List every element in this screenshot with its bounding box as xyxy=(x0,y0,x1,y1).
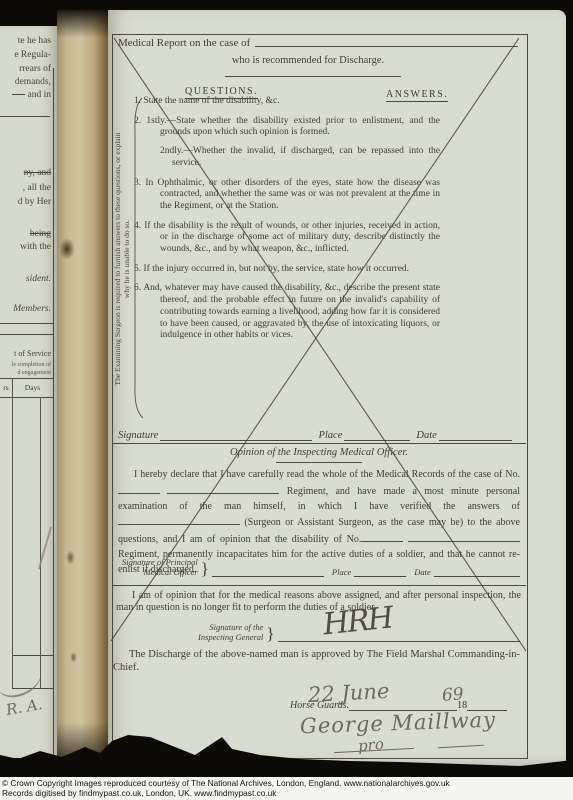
table-header-cell: Days xyxy=(13,383,52,392)
fragment-text: t of Service xyxy=(14,349,51,358)
date-blank-line xyxy=(434,564,520,577)
table-header-cell: rs xyxy=(0,383,12,392)
signature-label: Signature xyxy=(118,430,158,441)
fragment-text: e Regula- xyxy=(14,50,51,60)
question-item: 6. And, whatever may have caused the dis… xyxy=(134,283,440,342)
principal-medical-officer-signature-row: Signature of Principal Medical Officer }… xyxy=(122,558,520,577)
rule-line xyxy=(12,655,53,656)
question-number: 5. xyxy=(134,264,141,274)
binding-stain xyxy=(59,238,75,260)
question-item: 3. In Ophthalmic, or other disorders of … xyxy=(134,178,440,213)
question-subitem: 2ndly.—Whether the invalid, if discharge… xyxy=(134,146,440,169)
rule-line xyxy=(0,397,53,398)
rule-line xyxy=(276,462,362,463)
discharge-approval-paragraph: The Discharge of the above-named man is … xyxy=(113,648,520,674)
place-blank-line xyxy=(354,564,406,577)
declaration-text: I hereby declare that I have carefully r… xyxy=(134,469,520,480)
question-text: State the name of the disability, &c. xyxy=(144,96,280,106)
questions-list: 1. State the name of the disability, &c.… xyxy=(134,96,440,342)
examining-surgeon-note: The Examining Surgeon is required to fur… xyxy=(114,100,131,418)
previous-page-edge: te he has e Regula- rrears of demands, a… xyxy=(0,26,57,758)
handwritten-year: 69 xyxy=(441,684,464,705)
handwritten-date: 22 June xyxy=(307,679,389,707)
opinion-section-heading: Opinion of the Inspecting Medical Office… xyxy=(108,447,530,458)
fragment-text-struck: ny, and xyxy=(24,168,51,178)
question-item: 5. If the injury occurred in, but not by… xyxy=(134,264,440,276)
inspection-opinion-paragraph: I am of opinion that for the medical rea… xyxy=(116,590,521,614)
fragment-text: rrears of xyxy=(19,64,51,74)
inspecting-general-label: Signature of the Inspecting General xyxy=(198,623,263,642)
question-number: 6. xyxy=(134,283,141,293)
rule-line xyxy=(0,378,53,379)
brace-glyph: } xyxy=(201,560,209,577)
blank-line xyxy=(361,531,403,542)
principal-signature-label: Signature of Principal Medical Officer xyxy=(122,558,198,577)
date-blank-line xyxy=(439,428,512,441)
question-number: 4. xyxy=(134,221,141,231)
place-label: Place xyxy=(318,430,342,441)
note-line: why he is unable to do so. xyxy=(123,100,132,418)
medical-report-form-page: Medical Report on the case of who is rec… xyxy=(108,10,566,770)
rule-line xyxy=(0,323,53,324)
form-subtitle: who is recommended for Discharge. xyxy=(148,55,468,66)
fragment-text: d engagement xyxy=(18,370,52,376)
fragment-text: le completion of xyxy=(12,362,51,368)
date-label: Date xyxy=(414,567,431,577)
fragment-text: sident. xyxy=(26,274,51,284)
form-title: Medical Report on the case of xyxy=(118,37,250,49)
fragment-text: te he has xyxy=(18,36,51,46)
question-number: 1. xyxy=(134,96,141,106)
section-rule xyxy=(112,443,526,444)
question-text: 2ndly.—Whether the invalid, if discharge… xyxy=(160,146,440,168)
question-text: And, whatever may have caused the disabi… xyxy=(143,283,440,340)
date-label: Date xyxy=(416,430,436,441)
book-binding-gutter xyxy=(57,10,108,768)
signature-blank-line xyxy=(278,629,520,642)
handwritten-initials: HRH xyxy=(321,600,393,642)
blank-line xyxy=(167,483,279,494)
question-item: 1. State the name of the disability, &c. xyxy=(134,96,440,108)
table-border xyxy=(53,68,54,758)
question-number: 2. xyxy=(134,116,141,126)
question-text: If the disability is the result of wound… xyxy=(144,221,440,254)
table-column-line xyxy=(40,397,41,688)
binding-stain xyxy=(66,550,75,565)
place-label: Place xyxy=(332,567,351,577)
copyright-footer: © Crown Copyright Images reproduced cour… xyxy=(0,777,573,800)
rule-line xyxy=(0,334,53,335)
blank-line xyxy=(118,514,240,525)
torn-page-edge xyxy=(0,733,573,777)
section-rule xyxy=(112,585,526,586)
fragment-text: Members. xyxy=(13,304,51,314)
question-number: 3. xyxy=(134,178,141,188)
fragment-text: , all the xyxy=(23,183,51,193)
name-blank-line xyxy=(255,37,518,47)
fragment-text-struck: being xyxy=(30,229,51,239)
credit-line: Records digitised by findmypast.co.uk, L… xyxy=(2,789,573,799)
question-text: If the injury occurred in, but not by, t… xyxy=(144,264,410,274)
signature-blank-line xyxy=(160,428,312,441)
question-text: In Ophthalmic, or other disorders of the… xyxy=(145,178,440,211)
fragment-text: and in xyxy=(12,90,51,100)
question-text: 1stly.—State whether the disability exis… xyxy=(146,116,440,138)
table-column-line xyxy=(12,378,13,688)
document-scan: te he has e Regula- rrears of demands, a… xyxy=(0,0,573,800)
question-item: 2. 1stly.—State whether the disability e… xyxy=(134,116,440,139)
fragment-text: d by Her xyxy=(18,197,51,207)
binding-stain xyxy=(70,652,77,663)
handwritten-margin-note: R. A. xyxy=(5,695,44,719)
signature-blank-line xyxy=(212,564,324,577)
brace-glyph: } xyxy=(266,625,274,642)
examiner-signature-row: Signature Place Date xyxy=(118,428,518,441)
question-item: 4. If the disability is the result of wo… xyxy=(134,221,440,256)
place-blank-line xyxy=(344,428,410,441)
form-title-row: Medical Report on the case of xyxy=(118,37,520,49)
fragment-text: with the xyxy=(20,242,51,252)
blank-line xyxy=(118,483,160,494)
blank-line xyxy=(408,531,520,542)
rule-line xyxy=(225,76,401,77)
fragment-text: demands, xyxy=(15,77,51,87)
rule-line xyxy=(0,116,50,117)
